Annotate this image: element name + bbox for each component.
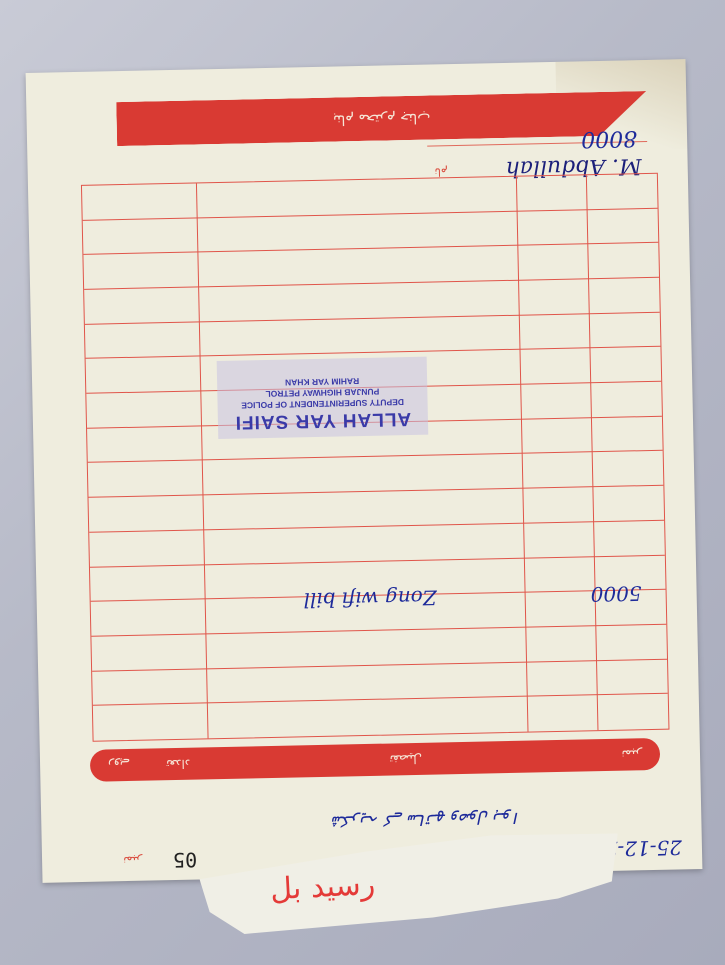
footer-banner: نمبر تفصیل تعداد روپے: [90, 738, 661, 782]
header-banner: بنام محترم جناب: [116, 91, 647, 146]
description-row-2: Zong wifi bill: [303, 586, 437, 613]
footer-col-3: تعداد: [148, 756, 208, 771]
items-table: [81, 173, 670, 742]
header-banner-text: بنام محترم جناب: [333, 110, 431, 128]
serial-number: 05: [173, 848, 198, 872]
official-stamp: ALLAH YAR SAIFI DEPUTY SUPERINTENDENT OF…: [217, 357, 429, 439]
footer-col-4: روپے: [90, 758, 148, 773]
footer-col-1: نمبر: [603, 747, 660, 762]
footer-note: شکریہ کے ساتھ وصول ہوا: [332, 809, 521, 832]
footer-col-2: تفصیل: [208, 748, 604, 770]
stamp-name: ALLAH YAR SAIFI: [218, 407, 428, 433]
receipt-paper: بنام محترم جناب نام M. Abdullah: [26, 59, 703, 883]
torn-corner-text: رسید بل: [269, 867, 376, 907]
amount-row-2: 5000: [590, 581, 641, 606]
receipt-upright: بنام محترم جناب نام M. Abdullah: [26, 59, 703, 883]
serial-label: نمبر: [123, 854, 142, 867]
amount-row-1: 8000: [581, 125, 638, 151]
